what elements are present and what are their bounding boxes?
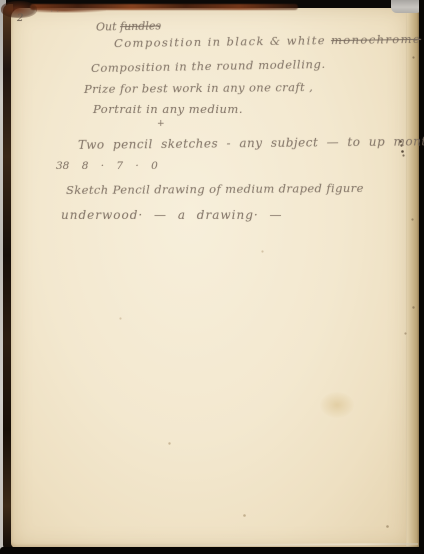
background-right bbox=[419, 0, 424, 554]
line-text: Sketch Pencil drawing of medium draped f… bbox=[66, 181, 364, 197]
plus-mark: + bbox=[157, 119, 165, 129]
background-bottom bbox=[0, 547, 424, 554]
handwritten-line-underwood: underwood· — a drawing· — bbox=[61, 208, 283, 222]
line-text-struck: monochrome bbox=[331, 32, 421, 47]
line-text-struck: fundles bbox=[120, 19, 161, 33]
handwritten-line-sketch-figure: Sketch Pencil drawing of medium draped f… bbox=[66, 181, 364, 197]
handwritten-line-numbers: 38 8 · 7 · 0 bbox=[56, 160, 158, 172]
page-number: 2 bbox=[17, 13, 23, 24]
line-text: 38 8 · 7 · 0 bbox=[56, 160, 158, 172]
line-text: Prize for best work in any one craft , bbox=[84, 80, 313, 96]
line-text: Out bbox=[96, 20, 120, 33]
line-text: underwood· — a drawing· — bbox=[61, 208, 283, 222]
paper-speckles bbox=[0, 0, 1, 1]
handwritten-line-prize-craft: Prize for best work in any one craft , bbox=[84, 80, 313, 96]
top-edge-mottling-blotch bbox=[36, 8, 106, 13]
handwritten-line-portrait: Portrait in any medium. bbox=[93, 102, 243, 116]
fore-edge-pages-right bbox=[406, 6, 420, 547]
handwritten-line-heading: Out fundles bbox=[96, 19, 161, 33]
corner-mark: ˙˙ bbox=[49, 10, 61, 19]
foxing-stain bbox=[320, 392, 354, 418]
photo-of-notebook: 2 ˙˙ Out fundles Composition in black & … bbox=[0, 0, 424, 554]
line-text: Portrait in any medium. bbox=[93, 102, 243, 116]
